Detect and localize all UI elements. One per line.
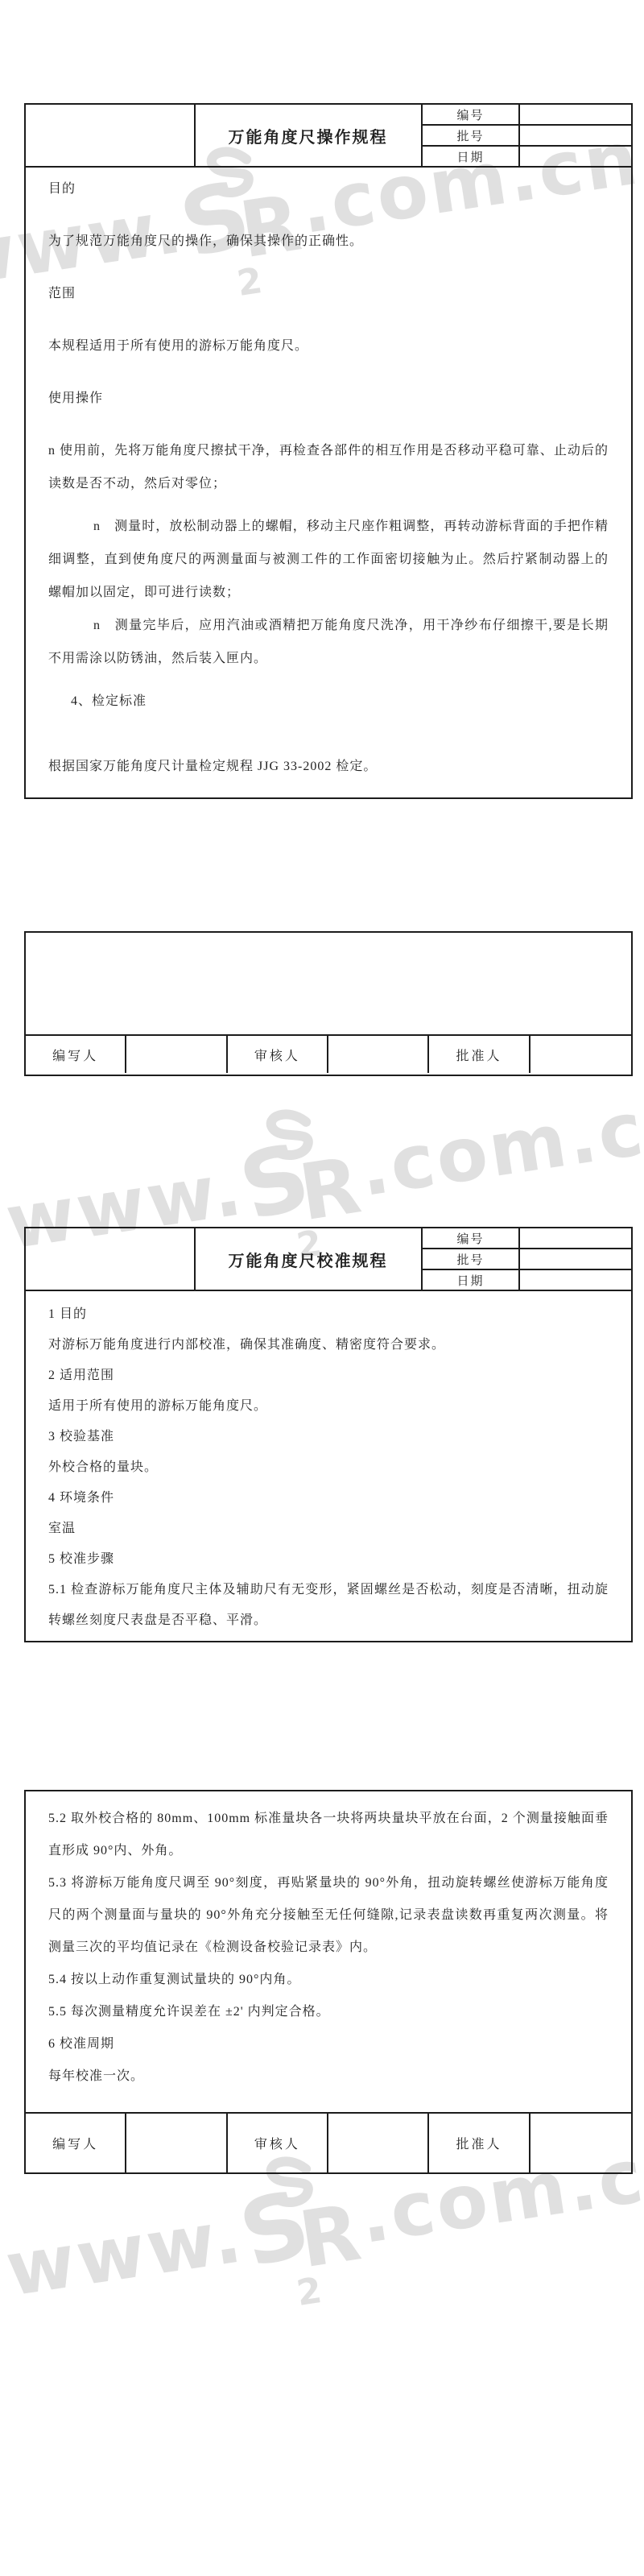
section-heading: 范围 [48, 277, 609, 310]
signature-value-approver [530, 1036, 631, 1073]
field-row-date: 日期 [423, 1270, 631, 1290]
svg-text:R: R [294, 1141, 366, 1239]
page1-title: 万能角度尺操作规程 [196, 105, 423, 166]
paragraph: 外校合格的量块。 [48, 1452, 609, 1483]
bullet-paragraph: n 使用前，先将万能角度尺擦拭干净，再检查各部件的相互作用是否移动平稳可靠、止动… [48, 434, 609, 500]
page1-header-fields: 编号 批号 日期 [423, 105, 631, 166]
section-heading: 6 校准周期 [48, 2028, 609, 2060]
field-row-number: 编号 [423, 105, 631, 126]
svg-text:R: R [294, 2188, 366, 2286]
page2-body-continued: 5.2 取外校合格的 80mm、100mm 标准量块各一块将两块量块平放在台面，… [26, 1791, 631, 2114]
signature-label-reviewer: 审核人 [228, 1036, 328, 1073]
page2-document-table: 万能角度尺校准规程 编号 批号 日期 1 目的 对游标万能角度进行内部校准，确保… [24, 1227, 633, 1642]
page2-title: 万能角度尺校准规程 [196, 1228, 423, 1290]
page2-body: 1 目的 对游标万能角度进行内部校准，确保其准确度、精密度符合要求。 2 适用范… [26, 1291, 631, 1636]
field-value-number [520, 105, 631, 124]
page2-lower-table: 5.2 取外校合格的 80mm、100mm 标准量块各一块将两块量块平放在台面，… [24, 1790, 633, 2174]
paragraph: 5.5 每次测量精度允许误差在 ±2' 内判定合格。 [48, 1996, 609, 2028]
page2-header-fields: 编号 批号 日期 [423, 1228, 631, 1290]
paragraph: 每年校准一次。 [48, 2060, 609, 2093]
field-label-batch: 批号 [423, 126, 521, 145]
field-label-batch: 批号 [423, 1249, 521, 1269]
section-heading: 2 适用范围 [48, 1360, 609, 1391]
page1-body: 目的 为了规范万能角度尺的操作，确保其操作的正确性。 范围 本规程适用于所有使用… [26, 168, 631, 783]
page1-signature-blank-area [26, 933, 631, 1036]
paragraph: 对游标万能角度进行内部校准，确保其准确度、精密度符合要求。 [48, 1330, 609, 1360]
paragraph: 室温 [48, 1514, 609, 1544]
signature-label-approver: 批准人 [429, 1036, 530, 1073]
signature-value-reviewer [328, 1036, 429, 1073]
field-value-batch [520, 126, 631, 145]
field-row-batch: 批号 [423, 126, 631, 147]
field-value-number [520, 1228, 631, 1248]
signature-label-writer: 编写人 [26, 1036, 126, 1073]
section-heading: 3 校验基准 [48, 1422, 609, 1452]
section-heading: 4、检定标准 [48, 685, 609, 718]
watermark-suffix-text: .com.cn [355, 1083, 644, 1207]
signature-label-reviewer: 审核人 [228, 2114, 328, 2172]
paragraph: 本规程适用于所有使用的游标万能角度尺。 [48, 329, 609, 362]
field-value-date [520, 147, 631, 166]
watermark-prefix-text: www. [2, 2199, 248, 2308]
page2-header-logo-cell [26, 1228, 196, 1290]
paragraph: 5.1 检查游标万能角度尺主体及辅助尺有无变形，紧固螺丝是否松动，刻度是否清晰，… [48, 1575, 609, 1636]
page1-signature-row: 编写人 审核人 批准人 [26, 1036, 631, 1073]
signature-value-approver [530, 2114, 631, 2172]
signature-value-writer [126, 1036, 227, 1073]
page2-header-row: 万能角度尺校准规程 编号 批号 日期 [26, 1228, 631, 1291]
field-value-date [520, 1270, 631, 1290]
page1-document-table: 万能角度尺操作规程 编号 批号 日期 目的 为了规范万能角度尺的操作，确保其操作… [24, 103, 633, 799]
paragraph: 为了规范万能角度尺的操作，确保其操作的正确性。 [48, 225, 609, 258]
signature-label-approver: 批准人 [429, 2114, 530, 2172]
field-label-date: 日期 [423, 1270, 521, 1290]
section-heading: 1 目的 [48, 1299, 609, 1330]
bullet-paragraph: n 测量时，放松制动器上的螺帽，移动主尺座作粗调整，再转动游标背面的手把作精细调… [48, 510, 609, 609]
section-heading: 使用操作 [48, 382, 609, 415]
page1-signature-table: 编写人 审核人 批准人 [24, 931, 633, 1076]
field-row-date: 日期 [423, 147, 631, 166]
field-value-batch [520, 1249, 631, 1269]
signature-label-writer: 编写人 [26, 2114, 126, 2172]
field-row-batch: 批号 [423, 1249, 631, 1270]
paragraph: 适用于所有使用的游标万能角度尺。 [48, 1391, 609, 1422]
field-row-number: 编号 [423, 1228, 631, 1249]
section-heading: 5 校准步骤 [48, 1544, 609, 1575]
paragraph: 5.2 取外校合格的 80mm、100mm 标准量块各一块将两块量块平放在台面，… [48, 1803, 609, 1867]
section-heading: 4 环境条件 [48, 1483, 609, 1514]
page2-signature-row: 编写人 审核人 批准人 [26, 2114, 631, 2172]
field-label-number: 编号 [423, 105, 521, 124]
bullet-paragraph: n 测量完毕后，应用汽油或酒精把万能角度尺洗净，用干净纱布仔细擦干,要是长期不用… [48, 609, 609, 675]
paragraph: 5.4 按以上动作重复测试量块的 90°内角。 [48, 1964, 609, 1996]
page1-header-row: 万能角度尺操作规程 编号 批号 日期 [26, 105, 631, 168]
section-heading: 目的 [48, 172, 609, 205]
page1-header-logo-cell [26, 105, 196, 166]
signature-value-writer [126, 2114, 227, 2172]
field-label-number: 编号 [423, 1228, 521, 1248]
paragraph: 根据国家万能角度尺计量检定规程 JJG 33-2002 检定。 [48, 750, 609, 783]
signature-value-reviewer [328, 2114, 429, 2172]
field-label-date: 日期 [423, 147, 521, 166]
paragraph: 5.3 将游标万能角度尺调至 90°刻度，再贴紧量块的 90°外角，扭动旋转螺丝… [48, 1867, 609, 1964]
